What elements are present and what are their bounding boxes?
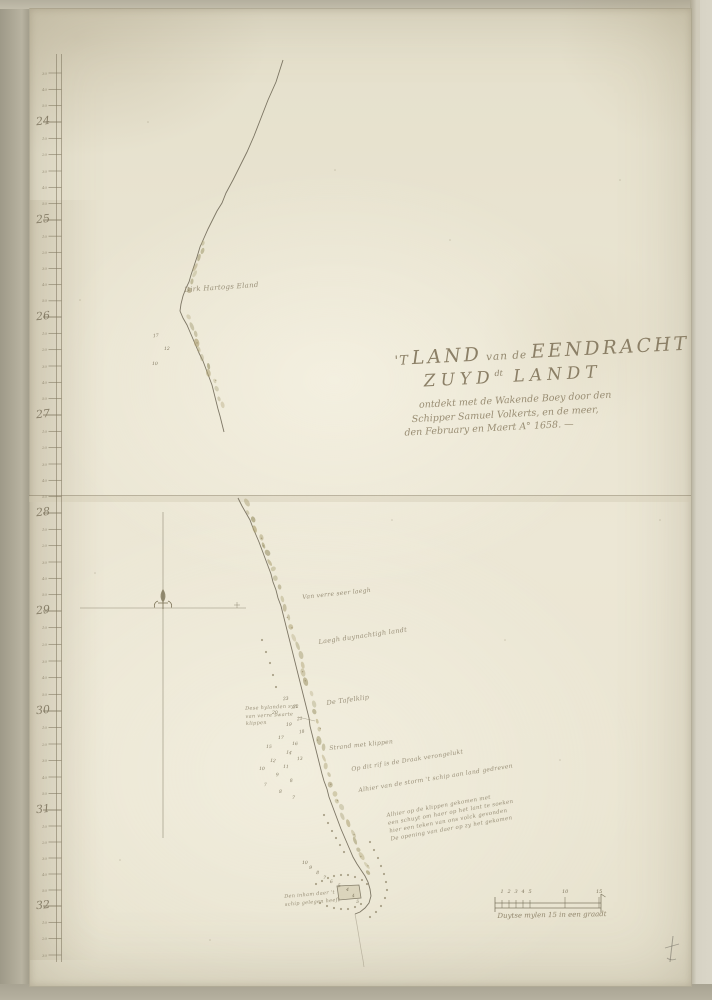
latitude-minute-label: 50 [31,396,47,401]
latitude-minute-label: 50 [31,791,47,796]
latitude-minute-label: 40 [31,87,47,92]
sounding-number: 13 [297,757,303,762]
map-annotation: Strand met klippen [329,738,393,752]
latitude-degree-label: 24 [25,114,50,129]
latitude-minute-label: 40 [31,478,47,483]
latitude-degree-label: 31 [25,802,50,817]
sounding-number: 5 [356,900,359,905]
sounding-number: 7 [264,783,267,788]
map-annotation: Alhier op de klippen gekomen meteen schu… [386,790,517,844]
sounding-number: 9 [309,866,312,871]
latitude-minute-label: 10 [31,920,47,925]
latitude-minute-label: 30 [31,169,47,174]
sounding-number: 18 [299,730,305,736]
title-word: LANDT [513,362,602,387]
latitude-minute-label: 40 [31,576,47,581]
latitude-minute-label: 20 [31,543,47,548]
sounding-number: 19 [286,723,292,728]
sounding-number: 4 [346,888,349,893]
sounding-number: 10 [302,861,308,866]
sounding-number: 22 [293,705,299,710]
title-word: LAND [411,343,482,369]
sounding-number: 23 [283,697,289,703]
title-superscript: dt [494,369,503,378]
latitude-minute-label: 30 [31,659,47,664]
sounding-number: 6 [330,880,333,885]
latitude-degree-label: 32 [25,898,50,913]
latitude-minute-label: 40 [31,775,47,780]
sounding-number: 4 [352,894,355,899]
sounding-number: 11 [283,765,289,770]
latitude-minute-label: 20 [31,742,47,747]
sounding-number: 8 [279,790,282,795]
scale-tick-label: 4 [522,889,525,895]
latitude-minute-label: 10 [31,331,47,336]
scale-tick-label: 3 [515,889,518,895]
latitude-degree-label: 28 [25,505,50,520]
scale-tick-label: 1 [501,889,504,895]
sounding-number: 15 [266,745,272,750]
latitude-minute-label: 20 [31,445,47,450]
sounding-number: 8 [290,779,293,784]
labels-layer: 2425262728293031323040501020304050102030… [0,0,712,1000]
latitude-minute-label: 30 [31,462,47,467]
latitude-minute-label: 30 [31,71,47,76]
sounding-number: 17 [153,334,159,339]
latitude-minute-label: 50 [31,888,47,893]
map-annotation: Den inham daer 'tschip gelegen heeft [284,889,340,909]
sounding-number: 7 [292,796,295,801]
sounding-number: 17 [278,736,284,741]
latitude-minute-label: 50 [31,692,47,697]
latitude-minute-label: 20 [31,840,47,845]
latitude-degree-label: 26 [25,309,50,324]
latitude-minute-label: 40 [31,282,47,287]
latitude-minute-label: 30 [31,364,47,369]
latitude-minute-label: 10 [31,234,47,239]
latitude-minute-label: 30 [31,560,47,565]
latitude-minute-label: 10 [31,136,47,141]
latitude-degree-label: 27 [25,407,50,422]
latitude-minute-label: 40 [31,872,47,877]
latitude-minute-label: 50 [31,201,47,206]
sounding-number: 5 [338,884,341,889]
map-annotation: Van verre seer laegh [302,587,371,601]
sounding-number: 21 [297,717,303,723]
latitude-minute-label: 10 [31,725,47,730]
sounding-number: 12 [164,347,170,352]
scale-tick-label: 10 [562,889,568,895]
latitude-minute-label: 10 [31,527,47,532]
latitude-minute-label: 30 [31,856,47,861]
latitude-minute-label: 10 [31,824,47,829]
sounding-number: 7 [323,876,326,881]
latitude-minute-label: 50 [31,592,47,597]
map-annotation: De Tafelklip [326,693,370,707]
latitude-minute-label: 20 [31,642,47,647]
latitude-minute-label: 30 [31,758,47,763]
latitude-minute-label: 10 [31,429,47,434]
latitude-minute-label: 20 [31,250,47,255]
latitude-minute-label: 10 [31,625,47,630]
sounding-number: 14 [286,751,292,757]
title-connector: van de [486,349,528,363]
sounding-number: 10 [259,767,265,772]
latitude-minute-label: 40 [31,380,47,385]
map-sheet-scan: 2425262728293031323040501020304050102030… [0,0,712,1000]
sounding-number: 8 [316,871,319,876]
latitude-minute-label: 20 [31,152,47,157]
sounding-number: 16 [292,742,298,747]
scale-tick-label: 5 [529,889,532,895]
scale-tick-label: 15 [596,889,602,895]
latitude-minute-label: 40 [31,675,47,680]
latitude-minute-label: 30 [31,953,47,958]
chart-title: 'TLANDvan deEENDRACHT ZUYDdt LANDT ontde… [394,333,680,440]
latitude-minute-label: 20 [31,936,47,941]
latitude-minute-label: 30 [31,266,47,271]
latitude-degree-label: 30 [25,703,50,718]
map-annotation: Dirk Hartogs Eland [184,281,259,294]
latitude-degree-label: 25 [25,212,50,227]
title-flourish: 'T [394,353,409,369]
map-annotation: Laegh duynachtigh landt [318,626,408,646]
latitude-degree-label: 29 [25,603,50,618]
sounding-number: 9 [276,773,280,778]
latitude-minute-label: 50 [31,298,47,303]
sounding-number: 10 [152,362,158,367]
latitude-minute-label: 50 [31,494,47,499]
latitude-minute-label: 50 [31,103,47,108]
scale-tick-label: 2 [508,889,511,895]
map-annotation: Op dit rif is de Draak verongelukt [351,748,464,773]
latitude-minute-label: 20 [31,347,47,352]
sounding-number: 12 [270,759,276,765]
sounding-number: 20 [272,711,278,716]
title-word: ZUYD [423,368,495,392]
latitude-minute-label: 40 [31,185,47,190]
